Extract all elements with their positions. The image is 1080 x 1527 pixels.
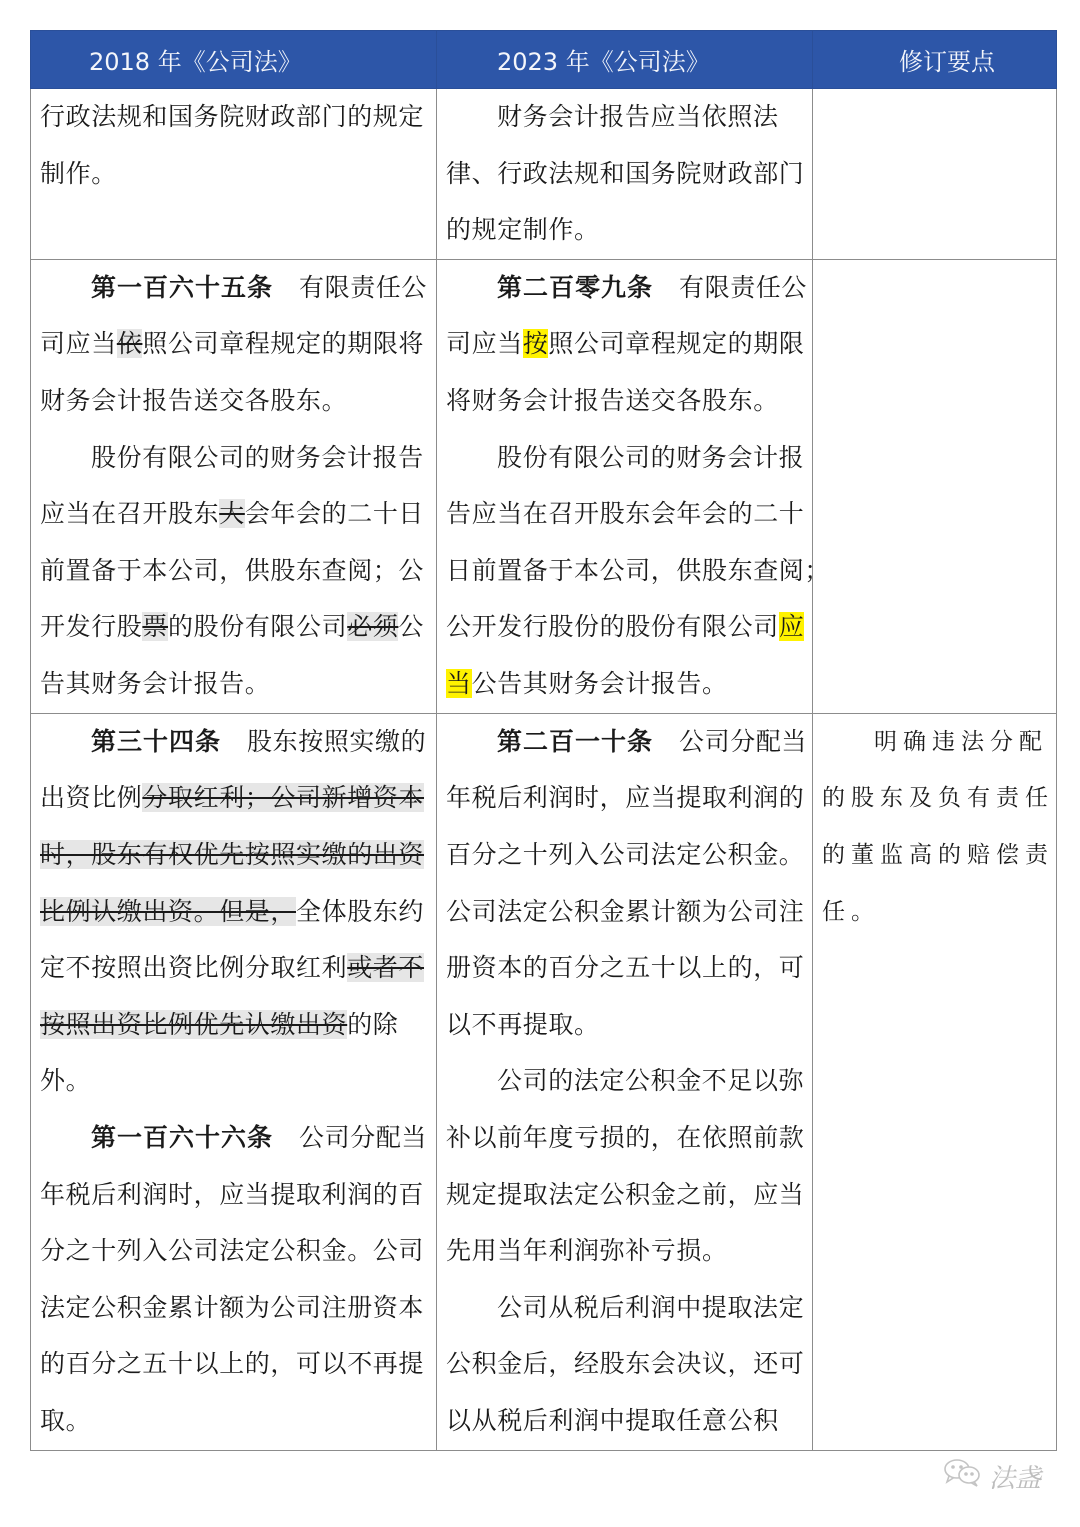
text-segment: 年税后利润时，应当提取利润的百 [40, 1180, 424, 1209]
article-number: 第二百一十条 [497, 727, 653, 756]
text-segment: 有限责任公 [299, 273, 427, 302]
deleted-text: 比例认缴出资。但是， [40, 897, 296, 926]
text-line: 出资比例分取红利；公司新增资本 [40, 770, 432, 827]
text-line: 按照出资比例优先认缴出资的除 [40, 997, 432, 1054]
table-header-row: 2018 年《公司法》 2023 年《公司法》 修订要点 [31, 31, 1057, 89]
old-law-cell: 第三十四条股东按照实缴的出资比例分取红利；公司新增资本时，股东有权优先按照实缴的… [31, 713, 437, 1450]
text-segment: 以从税后利润中提取任意公积 [446, 1406, 779, 1435]
text-segment: 的除 [347, 1010, 398, 1039]
text-line: 公司的法定公积金不足以弥 [446, 1053, 808, 1110]
text-segment: 司应当 [446, 329, 523, 358]
text-line: 法定公积金累计额为公司注册资本 [40, 1280, 432, 1337]
text-segment: 公司分配当 [299, 1123, 427, 1152]
text-segment: 公司分配当 [679, 727, 807, 756]
watermark-text: 法盏 [989, 1458, 1041, 1495]
text-segment: 任。 [822, 899, 880, 925]
table-row: 第一百六十五条有限责任公司应当依照公司章程规定的期限将财务会计报告送交各股东。股… [31, 259, 1057, 713]
text-segment: 全体股东约 [296, 897, 424, 926]
text-segment: 出资比例 [40, 783, 142, 812]
text-line: 第三十四条股东按照实缴的 [40, 714, 432, 771]
text-line: 行政法规和国务院财政部门的规定 [40, 89, 432, 146]
text-line: 公司法定公积金累计额为公司注 [446, 884, 808, 941]
text-line: 的规定制作。 [446, 202, 808, 259]
text-line: 分之十列入公司法定公积金。公司 [40, 1223, 432, 1280]
highlighted-text: 应 [779, 612, 805, 641]
text-segment: 开发行股 [40, 612, 142, 641]
text-line: 规定提取法定公积金之前，应当 [446, 1167, 808, 1224]
text-segment: 公司的法定公积金不足以弥 [497, 1066, 804, 1095]
text-line: 律、行政法规和国务院财政部门 [446, 146, 808, 203]
text-segment: 告其财务会计报告。 [40, 669, 270, 698]
text-line: 第二百一十条公司分配当 [446, 714, 808, 771]
text-line: 的百分之五十以上的，可以不再提 [40, 1336, 432, 1393]
text-line: 补以前年度亏损的，在依照前款 [446, 1110, 808, 1167]
old-law-cell: 行政法规和国务院财政部门的规定制作。 [31, 89, 437, 260]
text-line: 制作。 [40, 146, 432, 203]
text-line: 取。 [40, 1393, 432, 1450]
text-line: 告其财务会计报告。 [40, 656, 432, 713]
text-line: 的股东及负有责任 [822, 770, 1052, 827]
text-line: 定不按照出资比例分取红利或者不 [40, 940, 432, 997]
text-line: 以从税后利润中提取任意公积 [446, 1393, 808, 1450]
text-segment: 年税后利润时，应当提取利润的 [446, 783, 804, 812]
text-line: 开发行股票的股份有限公司必须公 [40, 599, 432, 656]
text-line: 时，股东有权优先按照实缴的出资 [40, 827, 432, 884]
text-line: 公积金后，经股东会决议，还可 [446, 1336, 808, 1393]
text-line: 百分之十列入公司法定公积金。 [446, 827, 808, 884]
deleted-text: 必须 [347, 612, 398, 641]
text-segment: 照公司章程规定的期限 [548, 329, 804, 358]
deleted-text: 分取红利；公司新增资本 [142, 783, 424, 812]
text-line: 以不再提取。 [446, 997, 808, 1054]
new-law-cell: 财务会计报告应当依照法律、行政法规和国务院财政部门的规定制作。 [437, 89, 813, 260]
highlighted-text: 按 [523, 329, 549, 358]
new-law-cell: 第二百一十条公司分配当年税后利润时，应当提取利润的百分之十列入公司法定公积金。公… [437, 713, 813, 1450]
text-segment: 补以前年度亏损的，在依照前款 [446, 1123, 804, 1152]
text-line: 应当在召开股东大会年会的二十日 [40, 486, 432, 543]
text-segment: 照公司章程规定的期限将 [142, 329, 424, 358]
table-row: 行政法规和国务院财政部门的规定制作。 财务会计报告应当依照法律、行政法规和国务院… [31, 89, 1057, 260]
text-segment: 日前置备于本公司，供股东查阅； [446, 556, 830, 585]
text-segment: 取。 [40, 1406, 91, 1435]
revision-note-cell: 明确违法分配的股东及负有责任的董监高的赔偿责任。 [813, 713, 1057, 1450]
text-segment: 册资本的百分之五十以上的，可 [446, 953, 804, 982]
old-law-cell: 第一百六十五条有限责任公司应当依照公司章程规定的期限将财务会计报告送交各股东。股… [31, 259, 437, 713]
header-2018-law: 2018 年《公司法》 [31, 31, 437, 89]
text-line: 将财务会计报告送交各股东。 [446, 373, 808, 430]
text-segment: 公告其财务会计报告。 [472, 669, 728, 698]
text-line: 第一百六十五条有限责任公 [40, 260, 432, 317]
header-2023-law: 2023 年《公司法》 [437, 31, 813, 89]
table-row: 第三十四条股东按照实缴的出资比例分取红利；公司新增资本时，股东有权优先按照实缴的… [31, 713, 1057, 1450]
text-segment: 公司从税后利润中提取法定 [497, 1293, 804, 1322]
text-segment: 制作。 [40, 159, 117, 188]
text-segment: 外。 [40, 1066, 91, 1095]
text-line: 年税后利润时，应当提取利润的 [446, 770, 808, 827]
deleted-text: 票 [142, 612, 168, 641]
deleted-text: 时，股东有权优先按照实缴的出资 [40, 840, 424, 869]
deleted-text: 依 [117, 329, 143, 358]
header-revision-points: 修订要点 [813, 31, 1057, 89]
text-segment: 规定提取法定公积金之前，应当 [446, 1180, 804, 1209]
text-line: 比例认缴出资。但是，全体股东约 [40, 884, 432, 941]
text-line: 年税后利润时，应当提取利润的百 [40, 1167, 432, 1224]
text-line: 财务会计报告应当依照法 [446, 89, 808, 146]
text-segment: 定不按照出资比例分取红利 [40, 953, 347, 982]
text-line: 任。 [822, 884, 1052, 941]
deleted-text: 按照出资比例优先认缴出资 [40, 1010, 347, 1039]
text-line: 第一百六十六条公司分配当 [40, 1110, 432, 1167]
revision-note-cell [813, 259, 1057, 713]
text-segment: 财务会计报告应当依照法 [497, 102, 779, 131]
text-line: 的董监高的赔偿责 [822, 827, 1052, 884]
text-line: 当公告其财务会计报告。 [446, 656, 808, 713]
new-law-cell: 第二百零九条有限责任公司应当按照公司章程规定的期限将财务会计报告送交各股东。股份… [437, 259, 813, 713]
text-line: 前置备于本公司，供股东查阅；公 [40, 543, 432, 600]
text-segment: 分之十列入公司法定公积金。公司 [40, 1236, 424, 1265]
text-line: 股份有限公司的财务会计报告 [40, 430, 432, 487]
watermark: 法盏 [943, 1458, 1041, 1495]
text-segment: 的规定制作。 [446, 215, 600, 244]
highlighted-text: 当 [446, 669, 472, 698]
text-line: 明确违法分配 [822, 714, 1052, 771]
text-segment: 公积金后，经股东会决议，还可 [446, 1349, 804, 1378]
article-number: 第二百零九条 [497, 273, 653, 302]
text-segment: 会年会的二十日 [245, 499, 424, 528]
text-segment: 公司法定公积金累计额为公司注 [446, 897, 804, 926]
wechat-icon [943, 1458, 983, 1495]
text-line: 日前置备于本公司，供股东查阅； [446, 543, 808, 600]
text-segment: 司应当 [40, 329, 117, 358]
text-line: 外。 [40, 1053, 432, 1110]
text-line: 先用当年利润弥补亏损。 [446, 1223, 808, 1280]
text-line: 告应当在召开股东会年会的二十 [446, 486, 808, 543]
text-segment: 以不再提取。 [446, 1010, 600, 1039]
text-segment: 百分之十列入公司法定公积金。 [446, 840, 804, 869]
text-segment: 告应当在召开股东会年会的二十 [446, 499, 804, 528]
deleted-text: 或者不 [347, 953, 424, 982]
text-segment: 应当在召开股东 [40, 499, 219, 528]
article-number: 第三十四条 [91, 727, 221, 756]
text-line: 司应当依照公司章程规定的期限将 [40, 316, 432, 373]
text-segment: 股东按照实缴的 [247, 727, 426, 756]
deleted-text: 大 [219, 499, 245, 528]
text-segment: 明确违法分配 [874, 729, 1048, 755]
text-segment: 先用当年利润弥补亏损。 [446, 1236, 728, 1265]
article-number: 第一百六十六条 [91, 1123, 273, 1152]
text-segment: 股份有限公司的财务会计报 [497, 443, 804, 472]
text-segment: 公 [398, 612, 424, 641]
law-comparison-table: 2018 年《公司法》 2023 年《公司法》 修订要点 行政法规和国务院财政部… [30, 30, 1057, 1451]
text-segment: 将财务会计报告送交各股东。 [446, 386, 779, 415]
text-segment: 公开发行股份的股份有限公司 [446, 612, 779, 641]
text-segment: 的股份有限公司 [168, 612, 347, 641]
text-line: 第二百零九条有限责任公 [446, 260, 808, 317]
text-line: 公司从税后利润中提取法定 [446, 1280, 808, 1337]
text-segment: 的股东及负有责任 [822, 785, 1054, 811]
text-segment: 行政法规和国务院财政部门的规定 [40, 102, 424, 131]
text-segment: 的百分之五十以上的，可以不再提 [40, 1349, 424, 1378]
text-segment: 前置备于本公司，供股东查阅；公 [40, 556, 424, 585]
revision-note-cell [813, 89, 1057, 260]
text-line: 股份有限公司的财务会计报 [446, 430, 808, 487]
text-line: 财务会计报告送交各股东。 [40, 373, 432, 430]
text-line: 册资本的百分之五十以上的，可 [446, 940, 808, 997]
text-segment: 股份有限公司的财务会计报告 [91, 443, 424, 472]
text-line: 司应当按照公司章程规定的期限 [446, 316, 808, 373]
text-line: 公开发行股份的股份有限公司应 [446, 599, 808, 656]
text-segment: 的董监高的赔偿责 [822, 842, 1054, 868]
article-number: 第一百六十五条 [91, 273, 273, 302]
text-segment: 律、行政法规和国务院财政部门 [446, 159, 804, 188]
text-segment: 法定公积金累计额为公司注册资本 [40, 1293, 424, 1322]
text-segment: 财务会计报告送交各股东。 [40, 386, 347, 415]
text-segment: 有限责任公 [679, 273, 807, 302]
